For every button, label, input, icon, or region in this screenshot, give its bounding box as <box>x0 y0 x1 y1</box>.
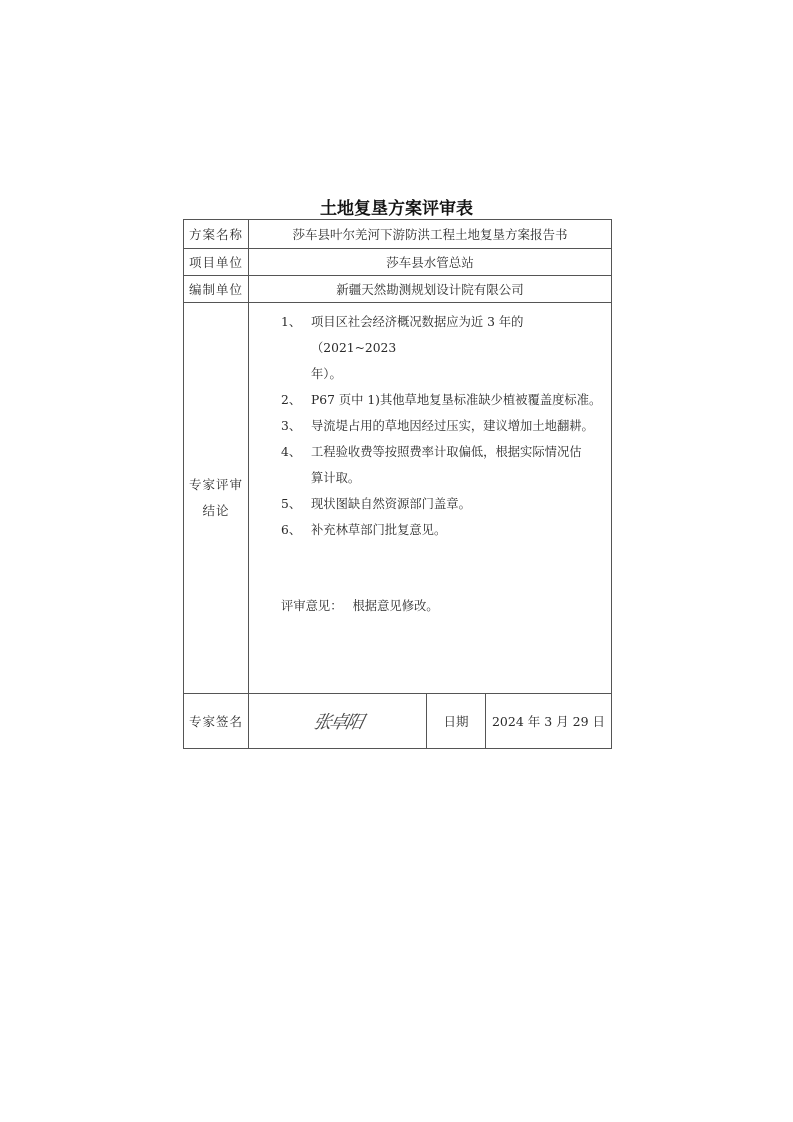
row-plan-name: 方案名称 莎车县叶尔羌河下游防洪工程土地复垦方案报告书 <box>184 220 612 249</box>
signature-label: 专家签名 <box>184 694 249 749</box>
document-title: 土地复垦方案评审表 <box>183 194 610 219</box>
review-conclusion-content: 1、 项目区社会经济概况数据应为近 3 年的（2021~2023年）。 2、 P… <box>249 303 612 694</box>
review-item: 5、 现状图缺自然资源部门盖章。 <box>281 491 605 517</box>
review-item: 6、 补充林草部门批复意见。 <box>281 517 605 543</box>
review-label-line2: 结论 <box>184 498 248 524</box>
compiler-unit-label: 编制单位 <box>184 276 249 303</box>
review-conclusion-label: 专家评审 结论 <box>184 303 249 694</box>
review-item: 2、 P67 页中 1)其他草地复垦标准缺少植被覆盖度标准。 <box>281 387 605 413</box>
review-item: 4、 工程验收费等按照费率计取偏低，根据实际情况估算计取。 <box>281 439 605 491</box>
handwritten-signature: 张卓阳 <box>311 708 365 734</box>
opinion-label: 评审意见： <box>281 599 343 613</box>
row-compiler-unit: 编制单位 新疆天然勘测规划设计院有限公司 <box>184 276 612 303</box>
plan-name-value: 莎车县叶尔羌河下游防洪工程土地复垦方案报告书 <box>249 220 612 249</box>
row-signature: 专家签名 张卓阳 日期 2024 年 3 月 29 日 <box>184 694 612 749</box>
review-item: 1、 项目区社会经济概况数据应为近 3 年的（2021~2023年）。 <box>281 309 605 387</box>
row-review-conclusion: 专家评审 结论 1、 项目区社会经济概况数据应为近 3 年的（2021~2023… <box>184 303 612 694</box>
date-value: 2024 年 3 月 29 日 <box>486 694 612 749</box>
plan-name-label: 方案名称 <box>184 220 249 249</box>
review-item: 3、 导流堤占用的草地因经过压实，建议增加土地翻耕。 <box>281 413 605 439</box>
review-opinion: 评审意见：根据意见修改。 <box>281 596 449 614</box>
review-form-table: 方案名称 莎车县叶尔羌河下游防洪工程土地复垦方案报告书 项目单位 莎车县水管总站… <box>183 219 612 749</box>
project-unit-label: 项目单位 <box>184 249 249 276</box>
opinion-value: 根据意见修改。 <box>353 599 439 613</box>
project-unit-value: 莎车县水管总站 <box>249 249 612 276</box>
signature-cell: 张卓阳 <box>249 694 427 749</box>
row-project-unit: 项目单位 莎车县水管总站 <box>184 249 612 276</box>
review-items-list: 1、 项目区社会经济概况数据应为近 3 年的（2021~2023年）。 2、 P… <box>249 303 611 543</box>
compiler-unit-value: 新疆天然勘测规划设计院有限公司 <box>249 276 612 303</box>
date-label: 日期 <box>427 694 486 749</box>
review-label-line1: 专家评审 <box>184 472 248 498</box>
